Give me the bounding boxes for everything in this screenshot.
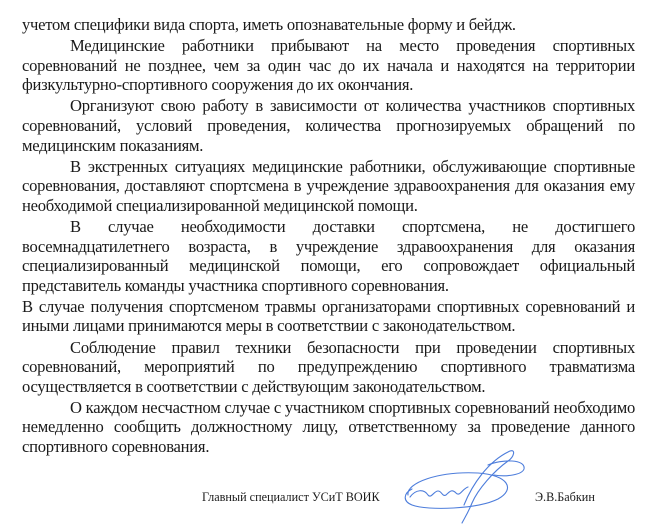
paragraph: В экстренных ситуациях медицинские работ…: [22, 157, 635, 216]
signer-name: Э.В.Бабкин: [535, 490, 595, 505]
paragraph: В случае необходимости доставки спортсме…: [22, 217, 635, 295]
signer-position: Главный специалист УСиТ ВОИК: [202, 490, 380, 505]
document-body: учетом специфики вида спорта, иметь опоз…: [22, 15, 635, 458]
signature-block: Главный специалист УСиТ ВОИК Э.В.Бабкин: [0, 488, 650, 508]
handwritten-signature-icon: [398, 445, 538, 525]
paragraph: Организуют свою работу в зависимости от …: [22, 96, 635, 155]
paragraph: Соблюдение правил техники безопасности п…: [22, 338, 635, 397]
paragraph: Медицинские работники прибывают на место…: [22, 36, 635, 95]
paragraph: учетом специфики вида спорта, иметь опоз…: [22, 15, 635, 35]
paragraph: В случае получения спортсменом травмы ор…: [22, 297, 635, 336]
paragraph: О каждом несчастном случае с участником …: [22, 398, 635, 457]
